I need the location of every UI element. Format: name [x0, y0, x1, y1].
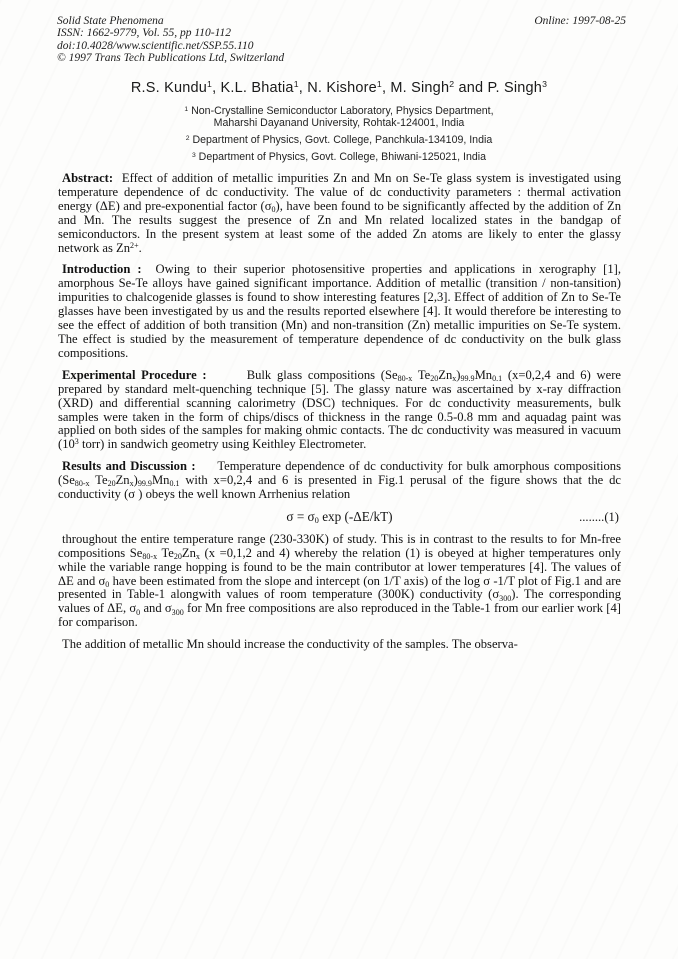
affiliation-line-2: 2 Department of Physics, Govt. College, … [0, 134, 678, 146]
journal-page: Solid State Phenomena ISSN: 1662-9779, V… [0, 0, 678, 959]
closing-paragraph: The addition of metallic Mn should incre… [58, 638, 621, 652]
arrhenius-equation: σ = σ0 exp (-ΔE/kT) ........(1) [58, 510, 621, 524]
affiliation-line-3: 3 Department of Physics, Govt. College, … [0, 151, 678, 163]
article-body: Abstract: Effect of addition of metallic… [58, 172, 621, 652]
affiliation-line-1a: 1 Non-Crystalline Semiconductor Laborato… [0, 105, 678, 117]
doi-line: doi:10.4028/www.scientific.net/SSP.55.11… [57, 40, 284, 52]
issn-volume-line: ISSN: 1662-9779, Vol. 55, pp 110-112 [57, 27, 284, 39]
equation-expression: σ = σ0 exp (-ΔE/kT) [286, 509, 392, 524]
affiliations: 1 Non-Crystalline Semiconductor Laborato… [0, 105, 678, 163]
online-date: Online: 1997-08-25 [534, 15, 626, 27]
results-paragraph: Results and Discussion : Temperature dep… [58, 460, 621, 502]
experimental-paragraph: Experimental Procedure : Bulk glass comp… [58, 369, 621, 452]
results-continued-paragraph: throughout the entire temperature range … [58, 533, 621, 630]
introduction-paragraph: Introduction : Owing to their superior p… [58, 263, 621, 360]
authors-line: R.S. Kundu1, K.L. Bhatia1, N. Kishore1, … [0, 80, 678, 96]
abstract-paragraph: Abstract: Effect of addition of metallic… [58, 172, 621, 255]
masthead: Solid State Phenomena ISSN: 1662-9779, V… [57, 15, 626, 64]
title-block: R.S. Kundu1, K.L. Bhatia1, N. Kishore1, … [0, 80, 678, 163]
equation-number: ........(1) [579, 511, 619, 525]
affiliation-line-1b: Maharshi Dayanand University, Rohtak-124… [0, 117, 678, 129]
copyright-line: © 1997 Trans Tech Publications Ltd, Swit… [57, 52, 284, 64]
masthead-left: Solid State Phenomena ISSN: 1662-9779, V… [57, 15, 284, 64]
journal-title: Solid State Phenomena [57, 15, 284, 27]
